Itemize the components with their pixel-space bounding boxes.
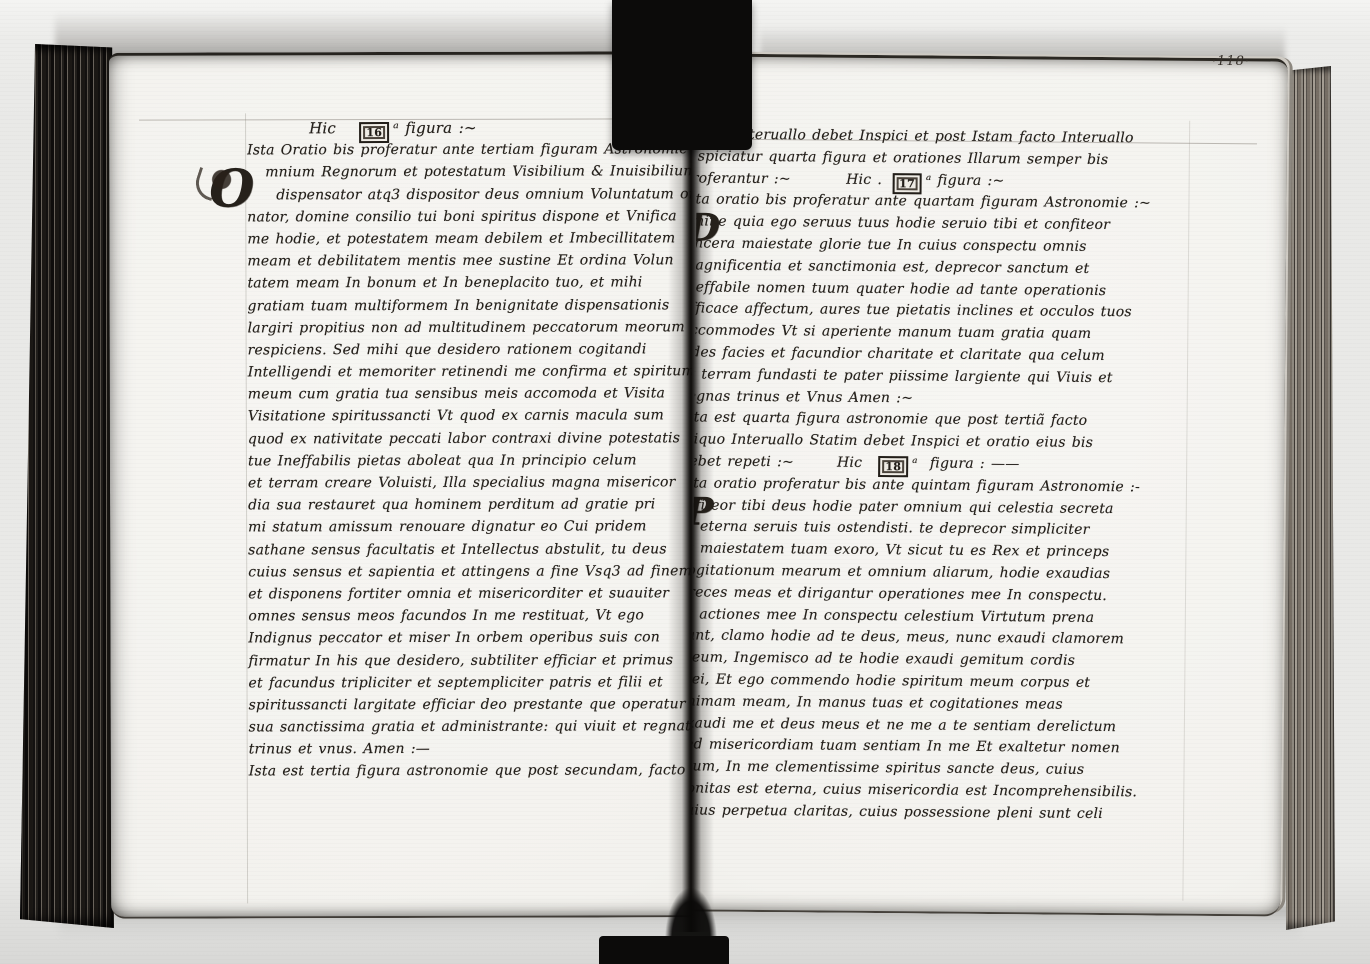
manuscript-line: mnium Regnorum et potestatum Visibilium … [247, 161, 691, 184]
manuscript-line-text: tatem meam In bonum et In beneplacito tu… [247, 275, 642, 292]
manuscript-line-text: Ista oratio bis proferatur ante quartam … [690, 192, 1151, 212]
manuscript-line-text: meam et debilitatem mentis mee sustine E… [247, 252, 673, 269]
bottom-spine-clamp [599, 936, 729, 964]
manuscript-line-text: Visitatione spiritussancti Vt quod ex ca… [248, 408, 664, 425]
manuscript-line: Intelligendi et memoriter retinendi me c… [248, 360, 692, 383]
manuscript-line-text: gratiam tuam multiformem In benignitate … [248, 297, 670, 314]
manuscript-line: sua sanctissima gratia et administrante:… [249, 715, 693, 738]
manuscript-line: mi statum amissum renouare dignatur eo C… [248, 516, 692, 539]
folio-number: ·118· [1212, 54, 1250, 69]
decorated-initial-o: O [209, 163, 254, 215]
manuscript-line-text: dia sua restauret qua hominem perditum a… [248, 497, 655, 514]
manuscript-line-text: aliquo Interuallo debet Inspici et post … [690, 126, 1133, 146]
figure-number-box: 16 [359, 122, 389, 143]
manuscript-line-text: dispensator atq3 dispositor deus omnium … [276, 186, 693, 203]
manuscript-line: me hodie, et potestatem meam debilem et … [247, 227, 691, 250]
manuscript-line-text: ᵃ figura : —— [912, 455, 1019, 472]
manuscript-line-text: proferantur :∼ Hic . [690, 170, 888, 188]
manuscript-line-text: sed misericordiam tuam sentiam In me Et … [690, 737, 1120, 757]
manuscript-line: dia sua restauret qua hominem perditum a… [248, 493, 692, 516]
manuscript-line-text: magnificentia et sanctimonia est, deprec… [690, 257, 1089, 277]
fore-edge-leaf-stack-right [1283, 66, 1335, 930]
figure-number-box: 18 [878, 456, 908, 477]
manuscript-line-text: mei, Et ego commendo hodie spiritum meum… [690, 671, 1090, 691]
manuscript-photo: Hic 16ᵃ figura :∼Ista Oratio bis profera… [0, 0, 1370, 964]
manuscript-line: Ista est tertia figura astronomie que po… [249, 760, 693, 783]
manuscript-line-text: preces meas et dirigantur operationes me… [690, 584, 1107, 604]
manuscript-line-text: Ista est tertia figura astronomie que po… [249, 763, 686, 780]
manuscript-line-text: et facundus tripliciter et septemplicite… [248, 674, 662, 691]
manuscript-line: Visitatione spiritussancti Vt quod ex ca… [248, 405, 692, 428]
manuscript-line: et terram creare Voluisti, Illa speciali… [248, 471, 692, 494]
manuscript-line: cuius perpetua claritas, cuius possessio… [690, 800, 1182, 826]
manuscript-line: largiri propitius non ad multitudinem pe… [248, 316, 692, 339]
manuscript-line-text: et maiestatem tuam exoro, Vt sicut tu es… [690, 540, 1109, 560]
manuscript-line: Indignus peccator et miser In orbem oper… [248, 627, 692, 650]
manuscript-line-text: rofiteor tibi deus hodie pater omnium qu… [690, 497, 1113, 517]
manuscript-line: dispensator atq3 dispositor deus omnium … [247, 183, 691, 206]
manuscript-line-text: fides facies et facundior charitate et c… [690, 344, 1105, 364]
manuscript-line-text: Ista est quarta figura astronomie que po… [690, 410, 1087, 430]
manuscript-line-text: respiciens. Sed mihi que desidero ration… [248, 341, 647, 358]
manuscript-line-text: Intelligendi et memoriter retinendi me c… [248, 363, 693, 380]
manuscript-line-text: debet repeti :∼ Hic [690, 453, 874, 471]
manuscript-line-text: et actiones mee In conspectu celestium V… [690, 606, 1094, 626]
manuscript-line-text: firmatur In his que desidero, subtiliter… [248, 652, 673, 669]
manuscript-line: cuius sensus et sapientia et attingens a… [248, 560, 692, 583]
manuscript-line-text: spiritussancti largitate efficiar deo pr… [249, 696, 686, 713]
manuscript-line: tue Ineffabilis pietas aboleat qua In pr… [248, 449, 692, 472]
manuscript-line-text: ᵃ figura :∼ [926, 172, 1005, 189]
manuscript-line-text: sunt, clamo hodie ad te deus, meus, nunc… [690, 628, 1124, 648]
manuscript-line: trinus et vnus. Amen :— [249, 737, 693, 760]
manuscript-line: firmatur In his que desidero, subtiliter… [248, 649, 692, 672]
manuscript-line-text: ᵃ figura :∼ [393, 119, 477, 137]
manuscript-line-text: cogitationum mearum et omnium aliarum, h… [690, 562, 1110, 582]
manuscript-line: quod ex nativitate peccati labor contrax… [248, 427, 692, 450]
figure-number-box: 17 [892, 173, 922, 194]
manuscript-line-text: efficace affectum, aures tue pietatis in… [690, 301, 1132, 321]
manuscript-line-text: Indignus peccator et miser In orbem oper… [248, 630, 660, 647]
decorated-initial-d: D [690, 208, 720, 246]
manuscript-line-text: cuius perpetua claritas, cuius possessio… [690, 802, 1103, 822]
top-spine-clamp [612, 0, 752, 150]
decorated-initial-p: P [690, 492, 713, 530]
right-page-text-block: aliquo Interuallo debet Inspici et post … [690, 124, 1188, 826]
manuscript-line-text: nator, domine consilio tui boni spiritus… [247, 208, 677, 225]
left-page: Hic 16ᵃ figura :∼Ista Oratio bis profera… [109, 51, 693, 919]
manuscript-line: et facundus tripliciter et septemplicite… [248, 671, 692, 694]
manuscript-line-text: et terram creare Voluisti, Illa speciali… [248, 474, 676, 491]
manuscript-line: et disponens fortiter omnia et misericor… [248, 582, 692, 605]
manuscript-line-text: omnes sensus meos facundos In me restitu… [248, 607, 644, 624]
manuscript-line: nator, domine consilio tui boni spiritus… [247, 205, 691, 228]
manuscript-line-text: tuum, In me clementissime spiritus sanct… [690, 758, 1084, 778]
manuscript-line: meam et debilitatem mentis mee sustine E… [247, 249, 691, 272]
manuscript-line-text: exaudi me et deus meus et ne me a te sen… [690, 715, 1116, 735]
manuscript-line-text: Ista oratio proferatur bis ante quintam … [690, 475, 1140, 495]
fore-edge-leaf-stack-left [20, 44, 114, 928]
manuscript-line-text: sincera maiestate glorie tue In cuius co… [690, 235, 1086, 255]
manuscript-line-text: tue Ineffabilis pietas aboleat qua In pr… [248, 452, 637, 469]
manuscript-line-text: accommodes Vt si aperiente manum tuam gr… [690, 322, 1091, 342]
manuscript-line-text: mnium Regnorum et potestatum Visibilium … [265, 164, 693, 181]
manuscript-line-text: bonitas est eterna, cuius misericordia e… [690, 780, 1137, 800]
manuscript-line-text: mi statum amissum renouare dignatur eo C… [248, 519, 647, 536]
manuscript-line-text: cuius sensus et sapientia et attingens a… [248, 563, 692, 580]
manuscript-line-text: meum, Ingemisco ad te hodie exaudi gemit… [690, 649, 1075, 668]
manuscript-line-text: trinus et vnus. Amen :— [249, 741, 430, 757]
manuscript-line-text: sathane sensus facultatis et Intellectus… [248, 541, 667, 558]
manuscript-line-text: et eterna seruis tuis ostendisti. te dep… [690, 519, 1089, 539]
manuscript-line-text: et disponens fortiter omnia et misericor… [248, 585, 669, 602]
manuscript-line-text: sua sanctissima gratia et administrante:… [249, 718, 691, 735]
manuscript-line-text: Hic [309, 119, 355, 137]
manuscript-line: meum cum gratia tua sensibus meis accomo… [248, 382, 692, 405]
manuscript-line: omnes sensus meos facundos In me restitu… [248, 604, 692, 627]
manuscript-line-text: quod ex nativitate peccati labor contrax… [248, 430, 680, 447]
manuscript-line-text: animam meam, In manus tuas et cogitation… [690, 693, 1063, 712]
manuscript-line-text: largiri propitius non ad multitudinem pe… [248, 319, 685, 336]
manuscript-line-text: regnas trinus et Vnus Amen :∼ [690, 388, 913, 406]
manuscript-line-text: meum cum gratia tua sensibus meis accomo… [248, 386, 665, 403]
manuscript-line-text: ineffabile nomen tuum quater hodie ad ta… [690, 279, 1106, 299]
right-page: aliquo Interuallo debet Inspici et post … [690, 53, 1287, 916]
manuscript-line: respiciens. Sed mihi que desidero ration… [248, 338, 692, 361]
manuscript-line-text: aliquo Interuallo Statim debet Inspici e… [690, 431, 1093, 451]
manuscript-line-text: et terram fundasti te pater piissime lar… [690, 366, 1112, 386]
manuscript-line: spiritussancti largitate efficiar deo pr… [249, 693, 693, 716]
manuscript-line-text: me hodie, et potestatem meam debilem et … [247, 230, 675, 247]
manuscript-line: sathane sensus facultatis et Intellectus… [248, 538, 692, 561]
manuscript-line: gratiam tuam multiformem In benignitate … [248, 294, 692, 317]
manuscript-line: tatem meam In bonum et In beneplacito tu… [247, 272, 691, 295]
left-page-text-block: Hic 16ᵃ figura :∼Ista Oratio bis profera… [247, 116, 693, 783]
manuscript-line-text: omine quia ego seruus tuus hodie seruio … [690, 214, 1110, 234]
manuscript-line-text: Inspiciatur quarta figura et orationes I… [690, 148, 1108, 168]
